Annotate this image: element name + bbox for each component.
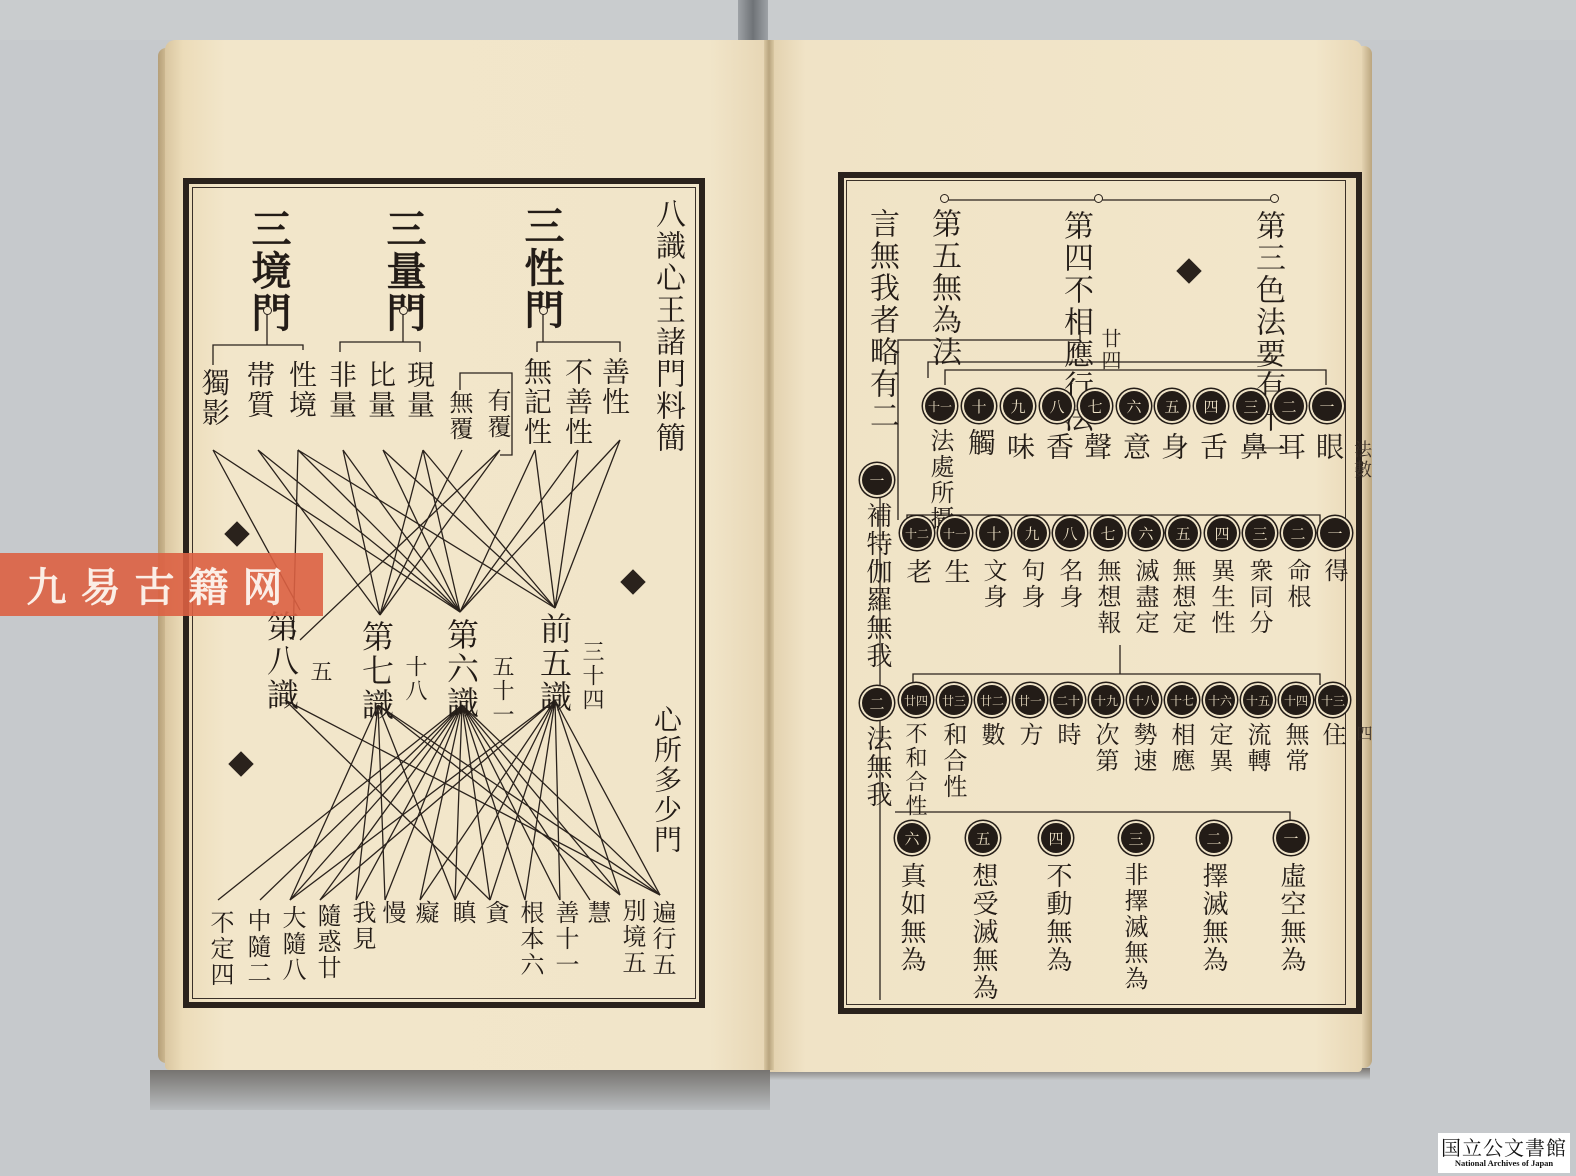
number-badge: 廿二 — [977, 685, 1007, 715]
viprayukta-item: 勢速 — [1131, 722, 1155, 774]
anatman-dharma: 法無我 — [864, 725, 890, 809]
branch-inference: 比量 — [366, 360, 394, 420]
header-rupa: 第三色法要有十一 — [1252, 210, 1282, 466]
count-first-five: 三十四 — [580, 640, 602, 712]
archive-logo: 国立公文書館 National Archives of Japan — [1438, 1133, 1570, 1173]
viprayukta-item: 句身 — [1019, 558, 1043, 610]
viprayukta-item: 無常 — [1283, 722, 1307, 774]
factor: 隨惑廿 — [315, 903, 339, 981]
branch-neutral: 無記性 — [522, 357, 550, 447]
viprayukta-item: 生 — [942, 558, 968, 586]
factor: 我見 — [350, 900, 374, 952]
number-badge: 七 — [1080, 391, 1110, 421]
archive-name-en: National Archives of Japan — [1455, 1158, 1553, 1168]
number-badge: 十 — [964, 391, 994, 421]
number-badge: 四 — [1207, 518, 1237, 548]
consciousness-eighth: 第八識 — [265, 610, 297, 712]
viprayukta-item: 老 — [904, 558, 930, 586]
viprayukta-item: 定異 — [1207, 722, 1231, 774]
side-note-anatman: 言無我者略有二 — [866, 208, 896, 432]
number-badge: 十六 — [1205, 685, 1235, 715]
number-badge: 九 — [1017, 518, 1047, 548]
number-badge: 十九 — [1091, 685, 1121, 715]
number-badge: 一 — [1276, 823, 1306, 853]
number-badge: 六 — [1119, 391, 1149, 421]
factor: 瞋 — [450, 900, 474, 926]
number-badge: 十一 — [925, 391, 955, 421]
viprayukta-item: 不和合性 — [903, 722, 925, 818]
number-badge: 二十 — [1053, 685, 1083, 715]
rupa-item: 身 — [1159, 432, 1187, 462]
viprayukta-item: 得 — [1322, 558, 1346, 584]
rupa-item: 香 — [1044, 432, 1072, 462]
number-badge: 五 — [1157, 391, 1187, 421]
number-badge: 八 — [1055, 518, 1085, 548]
factor: 中隨二 — [245, 908, 269, 986]
number-badge: 三 — [1245, 518, 1275, 548]
factor: 慧 — [585, 900, 609, 926]
number-badge: 一 — [862, 465, 892, 495]
node — [399, 306, 408, 315]
rupa-item: 耳 — [1276, 432, 1304, 462]
viprayukta-item: 和合性 — [941, 722, 965, 800]
node — [1094, 194, 1103, 203]
header-viprayukta-count: 廿四 — [1100, 328, 1120, 372]
number-badge: 五 — [1168, 518, 1198, 548]
count-eighth: 五 — [308, 660, 330, 684]
rupa-item: 舌 — [1198, 432, 1226, 462]
node — [940, 194, 949, 203]
branch-non-good: 不善性 — [563, 357, 591, 447]
asamskrta-item: 想受滅無為 — [970, 862, 996, 1002]
number-badge: 廿一 — [1015, 685, 1045, 715]
count-sixth: 五十一 — [490, 655, 512, 727]
left-page-title: 八識心王諸門料簡 — [652, 198, 682, 454]
number-badge: 二 — [862, 688, 892, 718]
number-badge: 二 — [1274, 391, 1304, 421]
viprayukta-item: 文身 — [981, 558, 1005, 610]
gate-three-measures: 三量門 — [383, 208, 423, 334]
node — [263, 306, 272, 315]
viprayukta-item: 次第 — [1093, 722, 1117, 774]
rupa-item: 聲 — [1082, 432, 1110, 462]
branch-invalid: 非量 — [327, 360, 355, 420]
asamskrta-item: 虛空無為 — [1278, 862, 1304, 974]
viprayukta-item: 方 — [1017, 722, 1041, 748]
number-badge: 廿四 — [901, 685, 931, 715]
factor: 貪 — [483, 900, 507, 926]
number-badge: 廿三 — [939, 685, 969, 715]
factor: 別境五 — [620, 898, 644, 976]
header-asamskrta: 第五無為法 — [928, 208, 958, 368]
branch-nature-object: 性境 — [287, 360, 315, 420]
watermark-banner: 九易古籍网 — [0, 553, 323, 616]
viprayukta-item: 流轉 — [1245, 722, 1269, 774]
viprayukta-item: 無想定 — [1170, 558, 1194, 636]
number-badge: 九 — [1003, 391, 1033, 421]
branch-mere-image: 獨影 — [200, 368, 228, 428]
number-badge: 十五 — [1243, 685, 1273, 715]
page-number: 四 — [1355, 725, 1371, 743]
viprayukta-item: 命根 — [1285, 558, 1309, 610]
number-badge: 七 — [1093, 518, 1123, 548]
factor: 大隨八 — [280, 905, 304, 983]
asamskrta-item: 擇滅無為 — [1200, 862, 1226, 974]
viprayukta-item: 住 — [1320, 722, 1344, 748]
number-badge: 十七 — [1167, 685, 1197, 715]
factor: 遍行五 — [650, 900, 674, 978]
number-badge: 十一 — [940, 518, 970, 548]
factor: 癡 — [413, 900, 437, 926]
number-badge: 十 — [979, 518, 1009, 548]
consciousness-sixth: 第六識 — [445, 618, 477, 720]
branch-good: 善性 — [600, 357, 628, 417]
branch-obscured: 有覆 — [485, 388, 509, 440]
branch-quality-object: 帯質 — [245, 360, 273, 420]
consciousness-first-five: 前五識 — [538, 612, 570, 714]
rupa-item: 意 — [1121, 432, 1149, 462]
viprayukta-item: 時 — [1055, 722, 1079, 748]
viprayukta-item: 數 — [979, 722, 1003, 748]
anatman-person: 補特伽羅無我 — [864, 502, 890, 670]
viprayukta-item: 名身 — [1057, 558, 1081, 610]
rupa-item: 法處所攝 — [928, 428, 952, 532]
number-badge: 四 — [1041, 823, 1071, 853]
factor: 不定四 — [208, 910, 232, 988]
branch-unobscured: 無覆 — [447, 390, 471, 442]
viprayukta-item: 相應 — [1169, 722, 1193, 774]
rupa-item: 味 — [1005, 432, 1033, 462]
rupa-item: 鼻 — [1238, 432, 1266, 462]
number-badge: 八 — [1042, 391, 1072, 421]
left-side-title: 心所多少門 — [652, 705, 680, 855]
factor: 善十一 — [553, 900, 577, 978]
number-badge: 五 — [968, 823, 998, 853]
asamskrta-item: 非擇滅無為 — [1122, 862, 1146, 992]
number-badge: 三 — [1236, 391, 1266, 421]
viprayukta-item: 無想報 — [1095, 558, 1119, 636]
number-badge: 二 — [1199, 823, 1229, 853]
number-badge: 十四 — [1281, 685, 1311, 715]
margin-text: 法數 — [1352, 440, 1370, 480]
asamskrta-item: 不動無為 — [1044, 862, 1070, 974]
number-badge: 十三 — [1318, 685, 1348, 715]
number-badge: 六 — [897, 823, 927, 853]
factor: 慢 — [380, 900, 404, 926]
number-badge: 一 — [1320, 518, 1350, 548]
watermark-text: 九易古籍网 — [27, 556, 297, 613]
number-badge: 四 — [1196, 391, 1226, 421]
number-badge: 三 — [1121, 823, 1151, 853]
number-badge: 一 — [1312, 391, 1342, 421]
number-badge: 十八 — [1129, 685, 1159, 715]
node — [1270, 194, 1279, 203]
asamskrta-item: 真如無為 — [898, 862, 924, 974]
gate-three-objects: 三境門 — [248, 208, 288, 334]
viprayukta-item: 異生性 — [1209, 558, 1233, 636]
consciousness-seventh: 第七識 — [360, 620, 392, 722]
node — [539, 306, 548, 315]
number-badge: 十二 — [902, 518, 932, 548]
branch-direct-perception: 現量 — [405, 360, 433, 420]
count-seventh: 十八 — [403, 655, 425, 703]
rupa-item: 觸 — [966, 428, 994, 458]
number-badge: 六 — [1131, 518, 1161, 548]
viprayukta-item: 滅盡定 — [1133, 558, 1157, 636]
factor: 根本六 — [518, 900, 542, 978]
number-badge: 二 — [1283, 518, 1313, 548]
archive-name-jp: 国立公文書館 — [1441, 1138, 1567, 1158]
rupa-item: 眼 — [1314, 432, 1342, 462]
viprayukta-item: 衆同分 — [1247, 558, 1271, 636]
